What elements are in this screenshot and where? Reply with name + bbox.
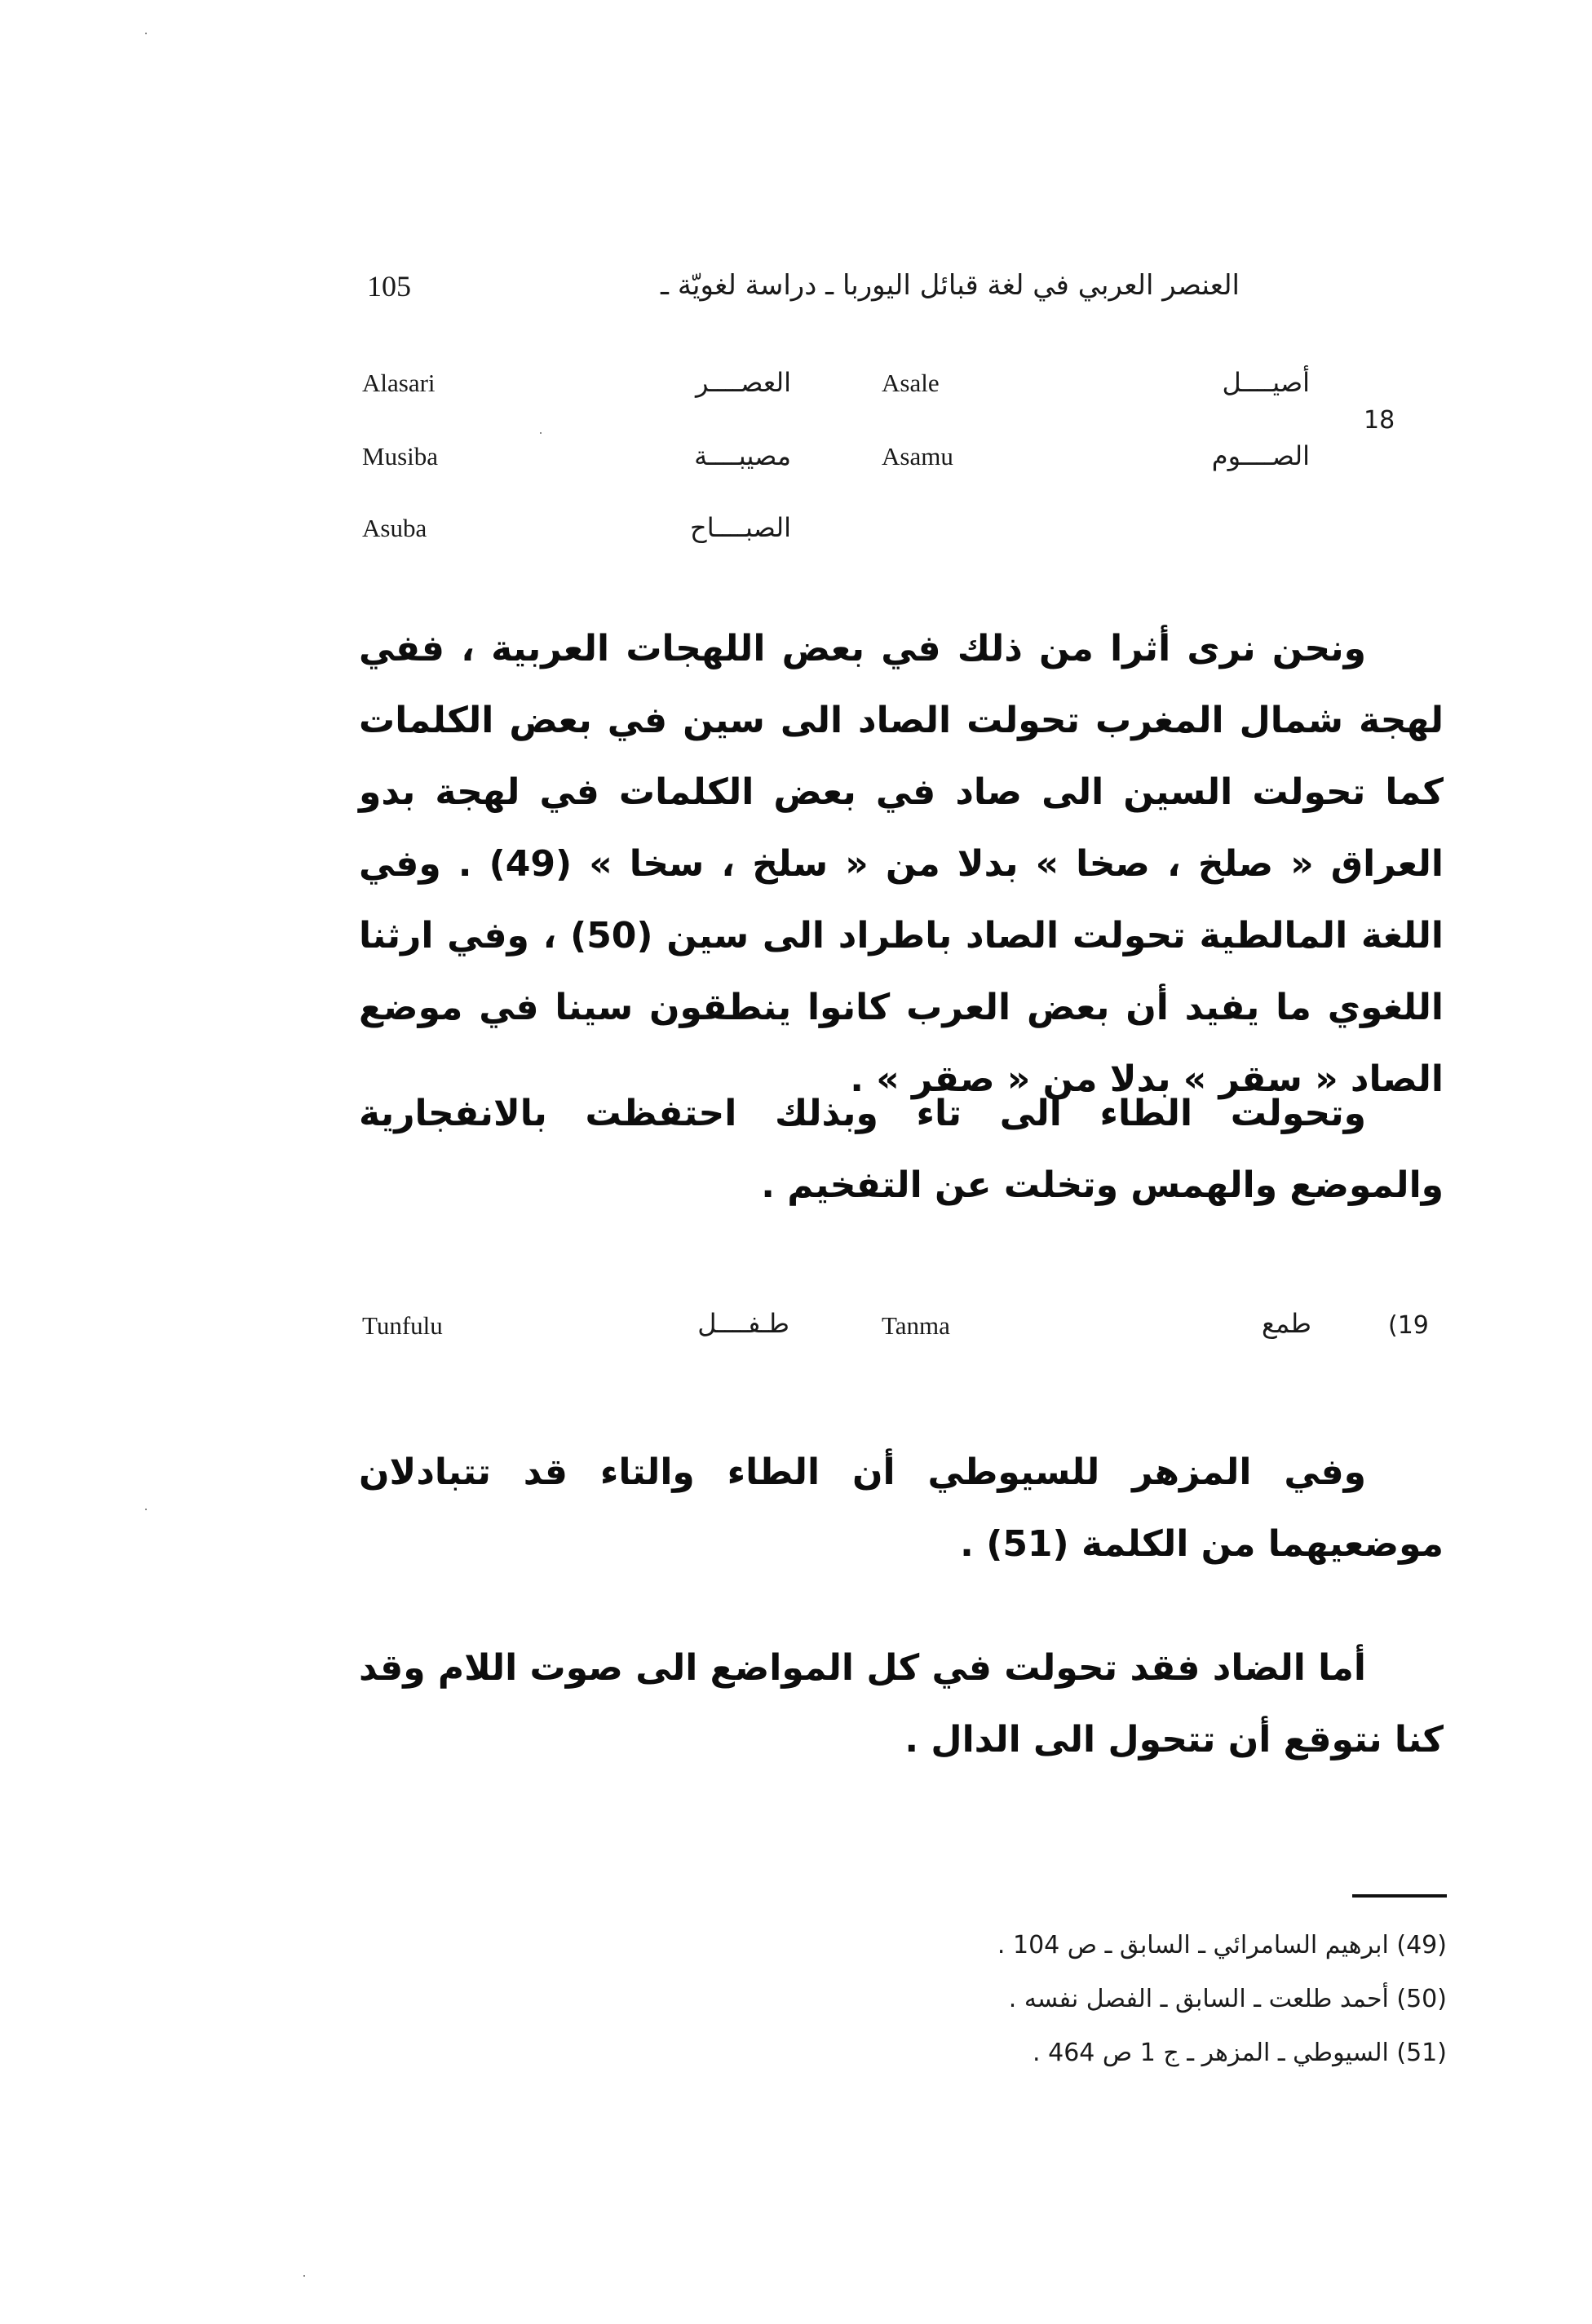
paragraph-text: ونحن نرى أثرا من ذلك في بعض اللهجات العر… (359, 628, 1444, 1100)
body-paragraph: وتحولت الطاء الى تاء وبذلك احتفظت بالانف… (359, 1078, 1444, 1222)
yoruba-word: Asale (882, 369, 940, 398)
arabic-word: أصيــــل (1223, 367, 1310, 398)
yoruba-word: Musiba (362, 442, 438, 471)
yoruba-word: Asuba (362, 514, 427, 543)
page-number: 105 (367, 269, 411, 303)
footnote: (49) ابرهيم السامرائي ـ السابق ـ ص 104 . (713, 1931, 1447, 1959)
paragraph-text: وتحولت الطاء الى تاء وبذلك احتفظت بالانف… (359, 1093, 1444, 1206)
yoruba-word: Asamu (882, 442, 953, 471)
arabic-word: الصبــــاح (690, 512, 791, 543)
yoruba-word: Tunfulu (362, 1311, 443, 1341)
paragraph-text: أما الضاد فقد تحولت في كل المواضع الى صو… (359, 1647, 1444, 1761)
paragraph-text: وفي المزهر للسيوطي أن الطاء والتاء قد تت… (359, 1451, 1444, 1565)
table-row-number: (19 (1388, 1311, 1429, 1340)
yoruba-word: Tanma (882, 1311, 950, 1341)
scan-speck (145, 33, 147, 34)
footnote: (50) أحمد طلعت ـ السابق ـ الفصل نفسه . (713, 1985, 1447, 2013)
arabic-word: العصــــر (696, 367, 791, 398)
yoruba-word: Alasari (362, 369, 436, 398)
arabic-word: مصيبــــة (694, 440, 791, 471)
body-paragraph: ونحن نرى أثرا من ذلك في بعض اللهجات العر… (359, 613, 1444, 1116)
scan-speck (303, 2275, 305, 2277)
footnote: (51) السيوطي ـ المزهر ـ ج 1 ص 464 . (713, 2039, 1447, 2067)
body-paragraph: وفي المزهر للسيوطي أن الطاء والتاء قد تت… (359, 1437, 1444, 1580)
scan-speck (145, 1509, 147, 1510)
arabic-word: الصــــوم (1212, 440, 1310, 471)
body-paragraph: أما الضاد فقد تحولت في كل المواضع الى صو… (359, 1633, 1444, 1776)
arabic-word: طمع (1262, 1308, 1311, 1339)
scan-speck (540, 432, 542, 434)
arabic-word: طـفــــل (697, 1308, 789, 1339)
running-title: العنصر العربي في لغة قبائل اليوربا ـ درا… (522, 269, 1240, 302)
table-row-number: 18 (1364, 406, 1395, 435)
footnote-separator (1352, 1894, 1447, 1898)
